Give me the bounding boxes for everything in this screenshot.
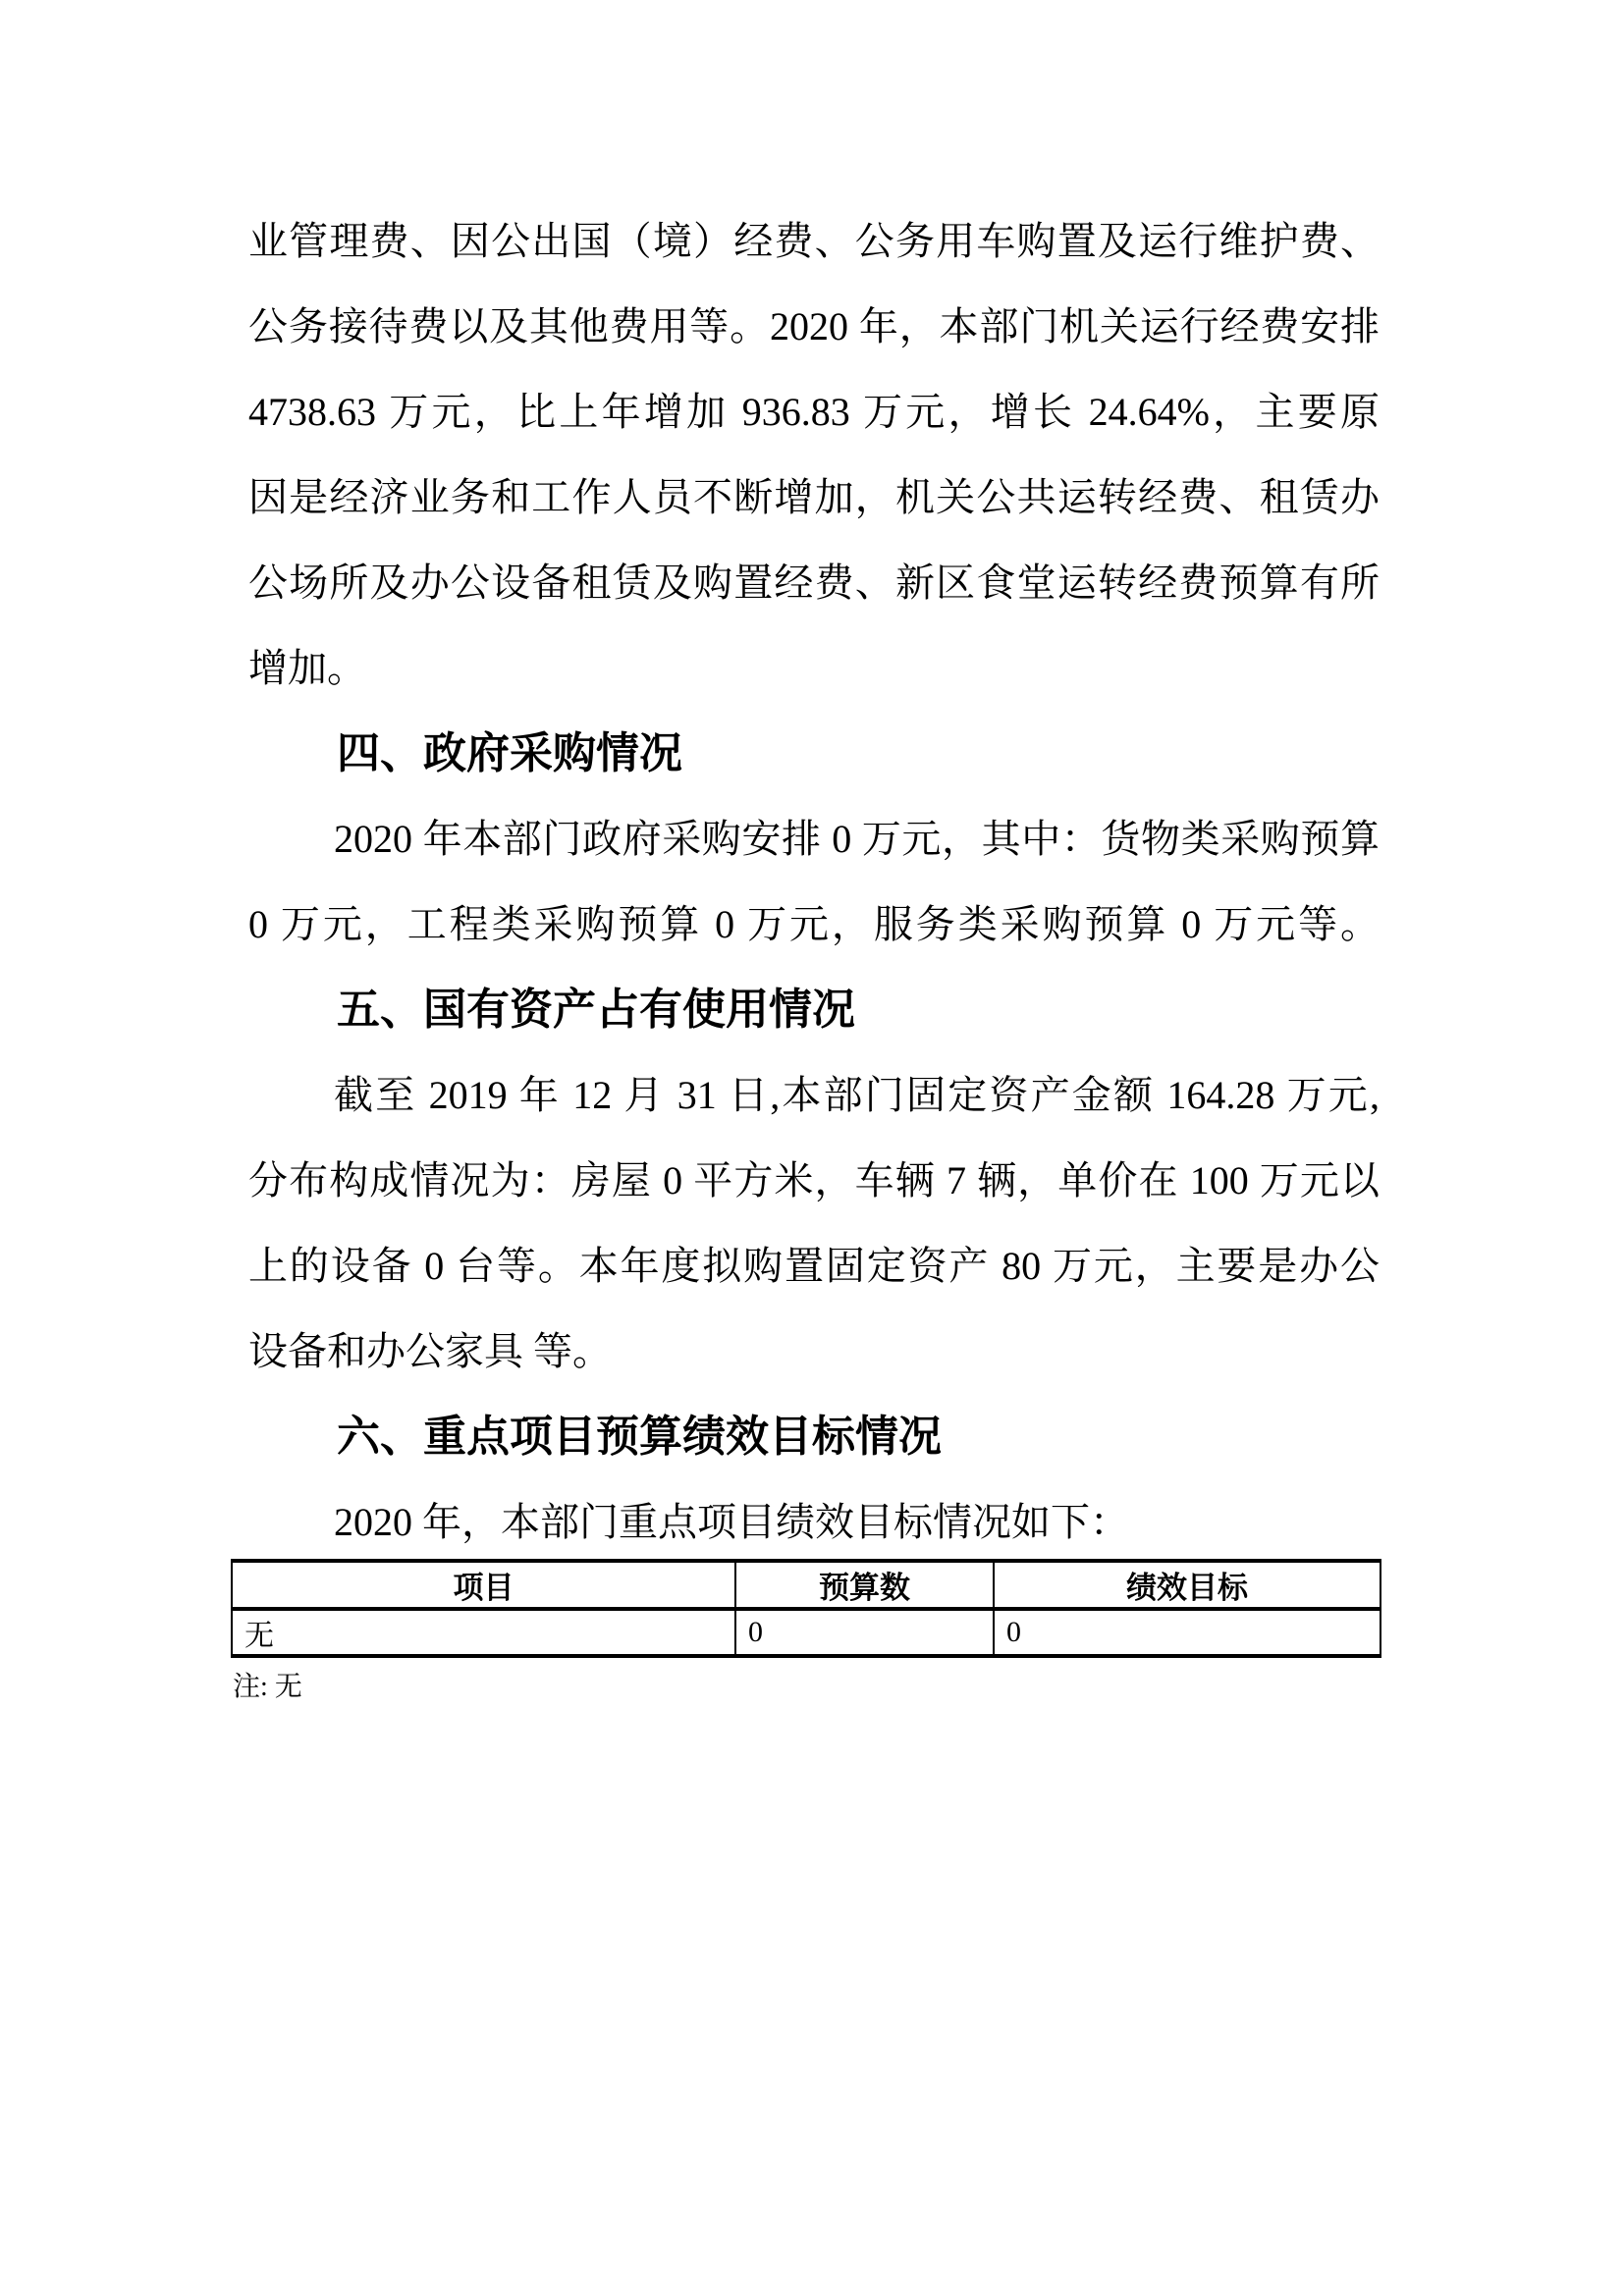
section-heading-state-assets: 五、国有资产占有使用情况 [231, 967, 1380, 1052]
paragraph-line: 2020 年本部门政府采购安排 0 万元，其中：货物类采购预算 [231, 796, 1380, 881]
table-note: 注: 无 [231, 1670, 1380, 1705]
paragraph-line: 上的设备 0 台等。本年度拟购置固定资产 80 万元，主要是办公 [231, 1223, 1380, 1308]
paragraph-line: 公务接待费以及其他费用等。2020 年，本部门机关运行经费安排 [231, 284, 1380, 369]
section-heading-key-project-targets: 六、重点项目预算绩效目标情况 [231, 1394, 1380, 1479]
paragraph-line: 设备和办公家具 等。 [231, 1308, 1380, 1394]
table-header-project: 项目 [232, 1561, 735, 1609]
page: 业管理费、因公出国（境）经费、公务用车购置及运行维护费、 公务接待费以及其他费用… [0, 0, 1624, 2296]
paragraph-line: 增加。 [231, 625, 1380, 711]
paragraph-line: 公场所及办公设备租赁及购置经费、新区食堂运转经费预算有所 [231, 540, 1380, 625]
paragraph-line: 截至 2019 年 12 月 31 日,本部门固定资产金额 164.28 万元, [231, 1052, 1380, 1138]
performance-targets-table: 项目 预算数 绩效目标 无 0 0 [231, 1559, 1381, 1658]
paragraph-line: 2020 年，本部门重点项目绩效目标情况如下： [231, 1479, 1380, 1565]
table-cell-budget-amount: 0 [735, 1609, 994, 1656]
table-cell-project: 无 [232, 1609, 735, 1656]
paragraph-line: 分布构成情况为：房屋 0 平方米，车辆 7 辆，单价在 100 万元以 [231, 1138, 1380, 1223]
paragraph-line: 业管理费、因公出国（境）经费、公务用车购置及运行维护费、 [231, 198, 1380, 284]
table-row: 无 0 0 [232, 1609, 1380, 1656]
table-header-row: 项目 预算数 绩效目标 [232, 1561, 1380, 1609]
section-heading-government-procurement: 四、政府采购情况 [231, 711, 1380, 796]
paragraph-line: 4738.63 万元，比上年增加 936.83 万元，增长 24.64%，主要原 [231, 369, 1380, 454]
table-header-budget-amount: 预算数 [735, 1561, 994, 1609]
table-cell-performance-target: 0 [994, 1609, 1380, 1656]
paragraph-line: 0 万元，工程类采购预算 0 万元，服务类采购预算 0 万元等。 [231, 881, 1380, 967]
table-header-performance-target: 绩效目标 [994, 1561, 1380, 1609]
paragraph-line: 因是经济业务和工作人员不断增加，机关公共运转经费、租赁办 [231, 454, 1380, 540]
document-body: 业管理费、因公出国（境）经费、公务用车购置及运行维护费、 公务接待费以及其他费用… [231, 198, 1380, 1705]
